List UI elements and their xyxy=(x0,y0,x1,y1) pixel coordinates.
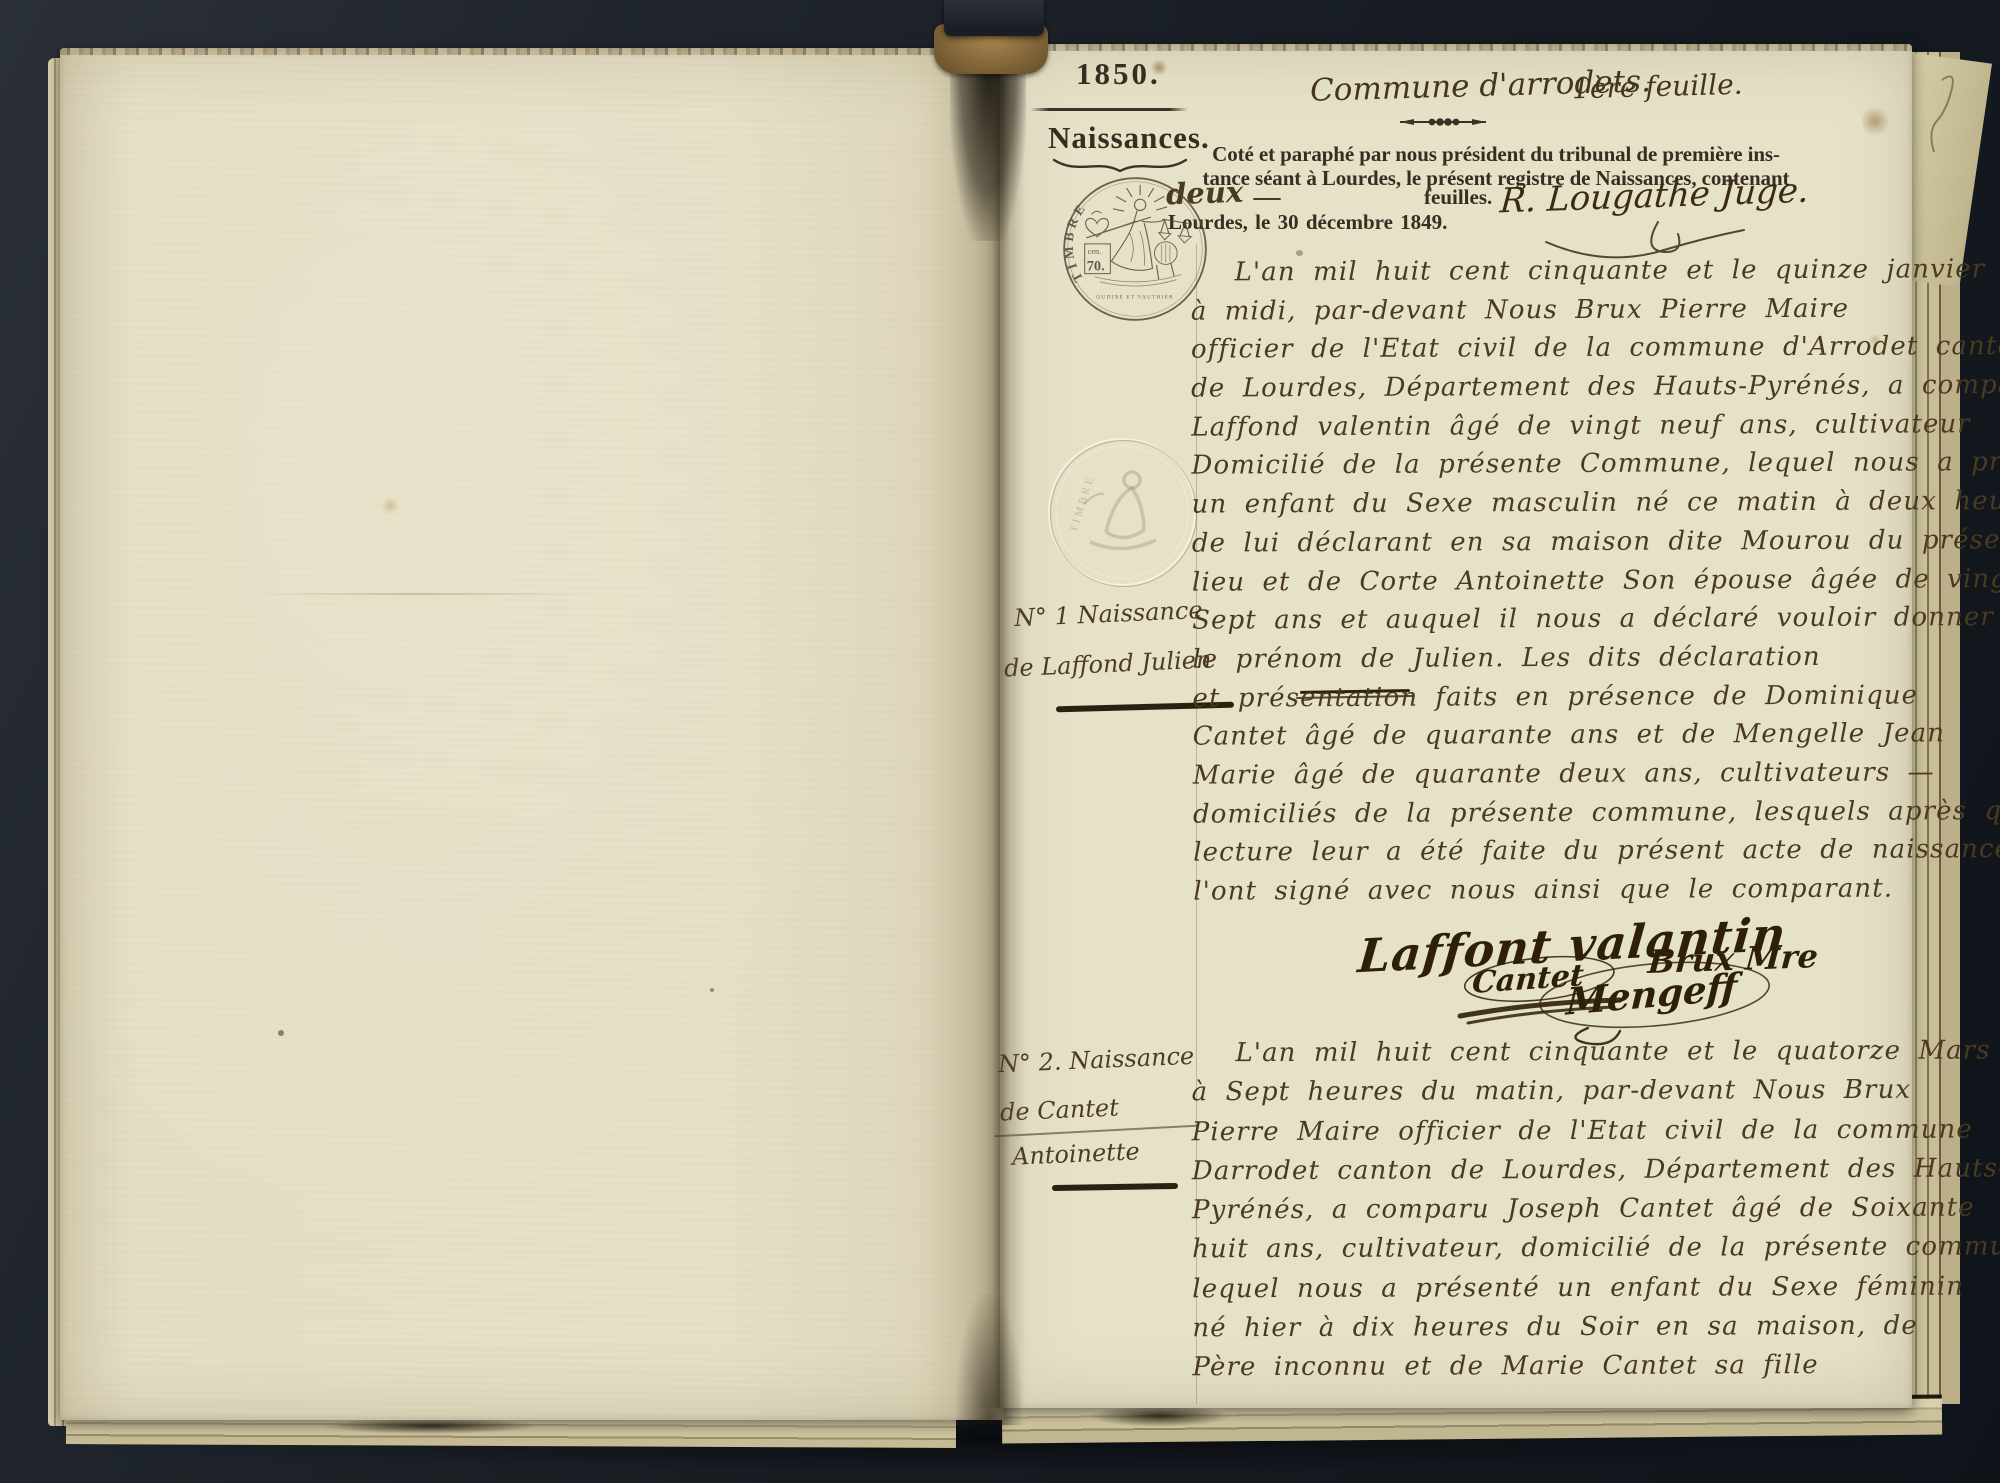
gutter-crease-shadow xyxy=(974,44,1032,1408)
seal-timbre-label: TIMBRE xyxy=(1067,474,1097,534)
stamp-cen-label: cen. xyxy=(1088,247,1101,256)
act1-line: un enfant du Sexe masculin né ce matin à… xyxy=(1192,487,1932,529)
year-underline xyxy=(1030,108,1188,111)
deckle-edge xyxy=(1000,44,1912,51)
paper-speck xyxy=(1296,250,1303,256)
edge-smudge xyxy=(1090,1405,1230,1427)
act2-line: Pierre Maire officier de l'Etat civil de… xyxy=(1192,1114,1932,1156)
embossed-seal: TIMBRE xyxy=(1044,434,1200,594)
stamp-engraver-label: OUDINÉ ET VAUTHIER xyxy=(1096,292,1174,300)
register-page: 1850. Naissances. Commune d'arrodets. 1è… xyxy=(1000,44,1912,1408)
act1-line: domiciliés de la présente commune, lesqu… xyxy=(1193,796,1933,838)
bookmark-tab xyxy=(944,0,1044,36)
fiscal-stamp: TIMBRE xyxy=(1058,172,1212,330)
birth-act-1: L'an mil huit cent cinquante et le quinz… xyxy=(1191,254,1934,915)
certification-line1: Coté et paraphé par nous président du tr… xyxy=(1160,142,1832,166)
sheet-note-handwritten: 1ère feuille. xyxy=(1572,68,1743,106)
gutter-top-shadow xyxy=(950,56,1026,241)
act1-line: et présentation faits en présence de Dom… xyxy=(1192,680,1932,722)
act2-line: Pyrénés, a comparu Joseph Cantet âgé de … xyxy=(1192,1193,1932,1235)
paper-speck xyxy=(710,988,714,992)
act2-line: Père inconnu et de Marie Cantet sa fille xyxy=(1192,1350,1932,1392)
act2-line: né hier à dix heures du Soir en sa maiso… xyxy=(1192,1311,1932,1353)
left-blank-page xyxy=(60,48,1006,1420)
act1-line: Cantet âgé de quarante ans et de Mengell… xyxy=(1193,719,1933,761)
ornament-divider xyxy=(1398,114,1488,134)
act1-line: Sept ans et auquel il nous a déclaré vou… xyxy=(1192,603,1932,645)
act1-line: lieu et de Corte Antoinette Son épouse â… xyxy=(1192,564,1932,606)
paper-stain xyxy=(380,498,400,514)
act1-line: Laffond valentin âgé de vingt neuf ans, … xyxy=(1191,409,1931,451)
sheets-word: feuilles. xyxy=(1424,185,1492,210)
stamp-denomination: cen. 70. xyxy=(1085,244,1111,275)
act1-line: Domicilié de la présente Commune, lequel… xyxy=(1191,448,1931,490)
deckle-edge xyxy=(60,48,1006,55)
act1-line: de Lourdes, Département des Hauts-Pyréné… xyxy=(1191,370,1931,412)
act2-line: Darrodet canton de Lourdes, Département … xyxy=(1192,1154,1932,1196)
act1-line: Marie âgé de quarante deux ans, cultivat… xyxy=(1193,757,1933,799)
act1-line-julien: le prénom de Julien. Les dits déclaratio… xyxy=(1192,641,1932,683)
edge-smudge xyxy=(320,1418,540,1434)
book-scan: 1850. Naissances. Commune d'arrodets. 1è… xyxy=(0,0,2000,1483)
act1-line: à midi, par-devant Nous Brux Pierre Mair… xyxy=(1191,293,1931,335)
paper-crease xyxy=(250,593,580,595)
birth-act-2: L'an mil huit cent cinquante et le quato… xyxy=(1191,1036,1932,1392)
act1-line: de lui déclarant en sa maison dite Mouro… xyxy=(1192,525,1932,567)
act1-line: lecture leur a été faite du présent acte… xyxy=(1193,835,1933,877)
stamp-70-label: 70. xyxy=(1087,259,1105,275)
gutter-bottom-shadow xyxy=(956,1295,1022,1425)
act2-line: lequel nous a présenté un enfant du Sexe… xyxy=(1192,1271,1932,1313)
margin-note-2-dash xyxy=(1052,1183,1178,1191)
act2-line: L'an mil huit cent cinquante et le quato… xyxy=(1191,1036,1931,1078)
act1-line: l'ont signé avec nous ainsi que le compa… xyxy=(1193,873,1933,915)
paper-speck xyxy=(278,1030,284,1036)
act1-line: L'an mil huit cent cinquante et le quinz… xyxy=(1191,254,1931,296)
year-label: 1850. xyxy=(1076,56,1161,92)
act2-line: à Sept heures du matin, par-devant Nous … xyxy=(1192,1075,1932,1117)
act2-line: huit ans, cultivateur, domicilié de la p… xyxy=(1192,1232,1932,1274)
act1-line: officier de l'Etat civil de la commune d… xyxy=(1191,332,1931,374)
right-fore-edge-corner xyxy=(1906,52,1992,287)
corner-stain xyxy=(1862,104,1888,138)
